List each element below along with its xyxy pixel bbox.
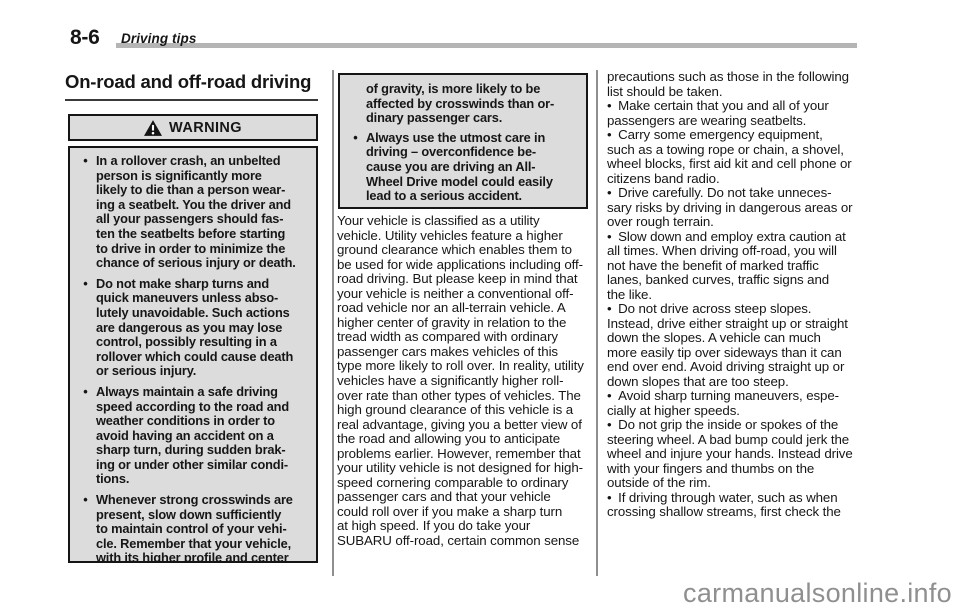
manual-page: 8-6 Driving tips On-road and off-road dr…	[0, 0, 960, 611]
warning-continued-box: of gravity, is more likely to be affecte…	[338, 73, 588, 209]
bullet-paragraph: • Do not grip the inside or spokes of th…	[607, 418, 881, 491]
body-paragraph: Your vehicle is classified as a utility …	[337, 214, 595, 549]
warning-body-box: • In a rollover crash, an unbelted perso…	[68, 146, 318, 563]
watermark-text: carmanualsonline.info	[683, 578, 952, 609]
bullet-icon: •	[75, 154, 96, 271]
bullet-icon: •	[75, 277, 96, 379]
warning-list-item: • Whenever strong crosswinds are present…	[75, 493, 311, 563]
warning-label: WARNING	[169, 120, 242, 136]
warning-header-box: WARNING	[68, 114, 318, 141]
column-divider	[332, 70, 334, 576]
bullet-paragraph: • Make certain that you and all of your …	[607, 99, 881, 128]
bullet-paragraph: • Drive carefully. Do not take unneces- …	[607, 186, 881, 230]
warning-triangle-icon	[144, 120, 162, 136]
bullet-paragraph: • Do not drive across steep slopes. Inst…	[607, 302, 881, 389]
right-column: precautions such as those in the followi…	[607, 70, 881, 520]
column-divider	[596, 70, 598, 576]
body-paragraph: precautions such as those in the followi…	[607, 70, 881, 99]
bullet-icon: •	[75, 385, 96, 487]
bullet-paragraph: • Carry some emergency equipment, such a…	[607, 128, 881, 186]
bullet-paragraph: • If driving through water, such as when…	[607, 491, 881, 520]
bullet-icon: •	[345, 131, 366, 204]
bullet-paragraph: • Slow down and employ extra caution at …	[607, 230, 881, 303]
section-title: On-road and off-road driving	[65, 71, 318, 101]
warning-item-text: Whenever strong crosswinds are present, …	[96, 493, 311, 563]
bullet-icon: •	[75, 493, 96, 563]
warning-item-text: Do not make sharp turns and quick maneuv…	[96, 277, 311, 379]
warning-item-text: In a rollover crash, an unbelted person …	[96, 154, 311, 271]
chapter-title: Driving tips	[121, 31, 196, 46]
header-rule	[116, 43, 857, 48]
warning-list-item: • Always use the utmost care in driving …	[345, 131, 581, 204]
page-number: 8-6	[70, 26, 99, 50]
warning-item-text: Always maintain a safe driving speed acc…	[96, 385, 311, 487]
warning-item-text: Always use the utmost care in driving – …	[366, 131, 581, 204]
warning-list-item: • Always maintain a safe driving speed a…	[75, 385, 311, 487]
bullet-paragraph: • Avoid sharp turning maneuvers, espe- c…	[607, 389, 881, 418]
warning-list-item: • In a rollover crash, an unbelted perso…	[75, 154, 311, 271]
warning-list-item: • Do not make sharp turns and quick mane…	[75, 277, 311, 379]
warning-continuation-text: of gravity, is more likely to be affecte…	[366, 82, 581, 126]
